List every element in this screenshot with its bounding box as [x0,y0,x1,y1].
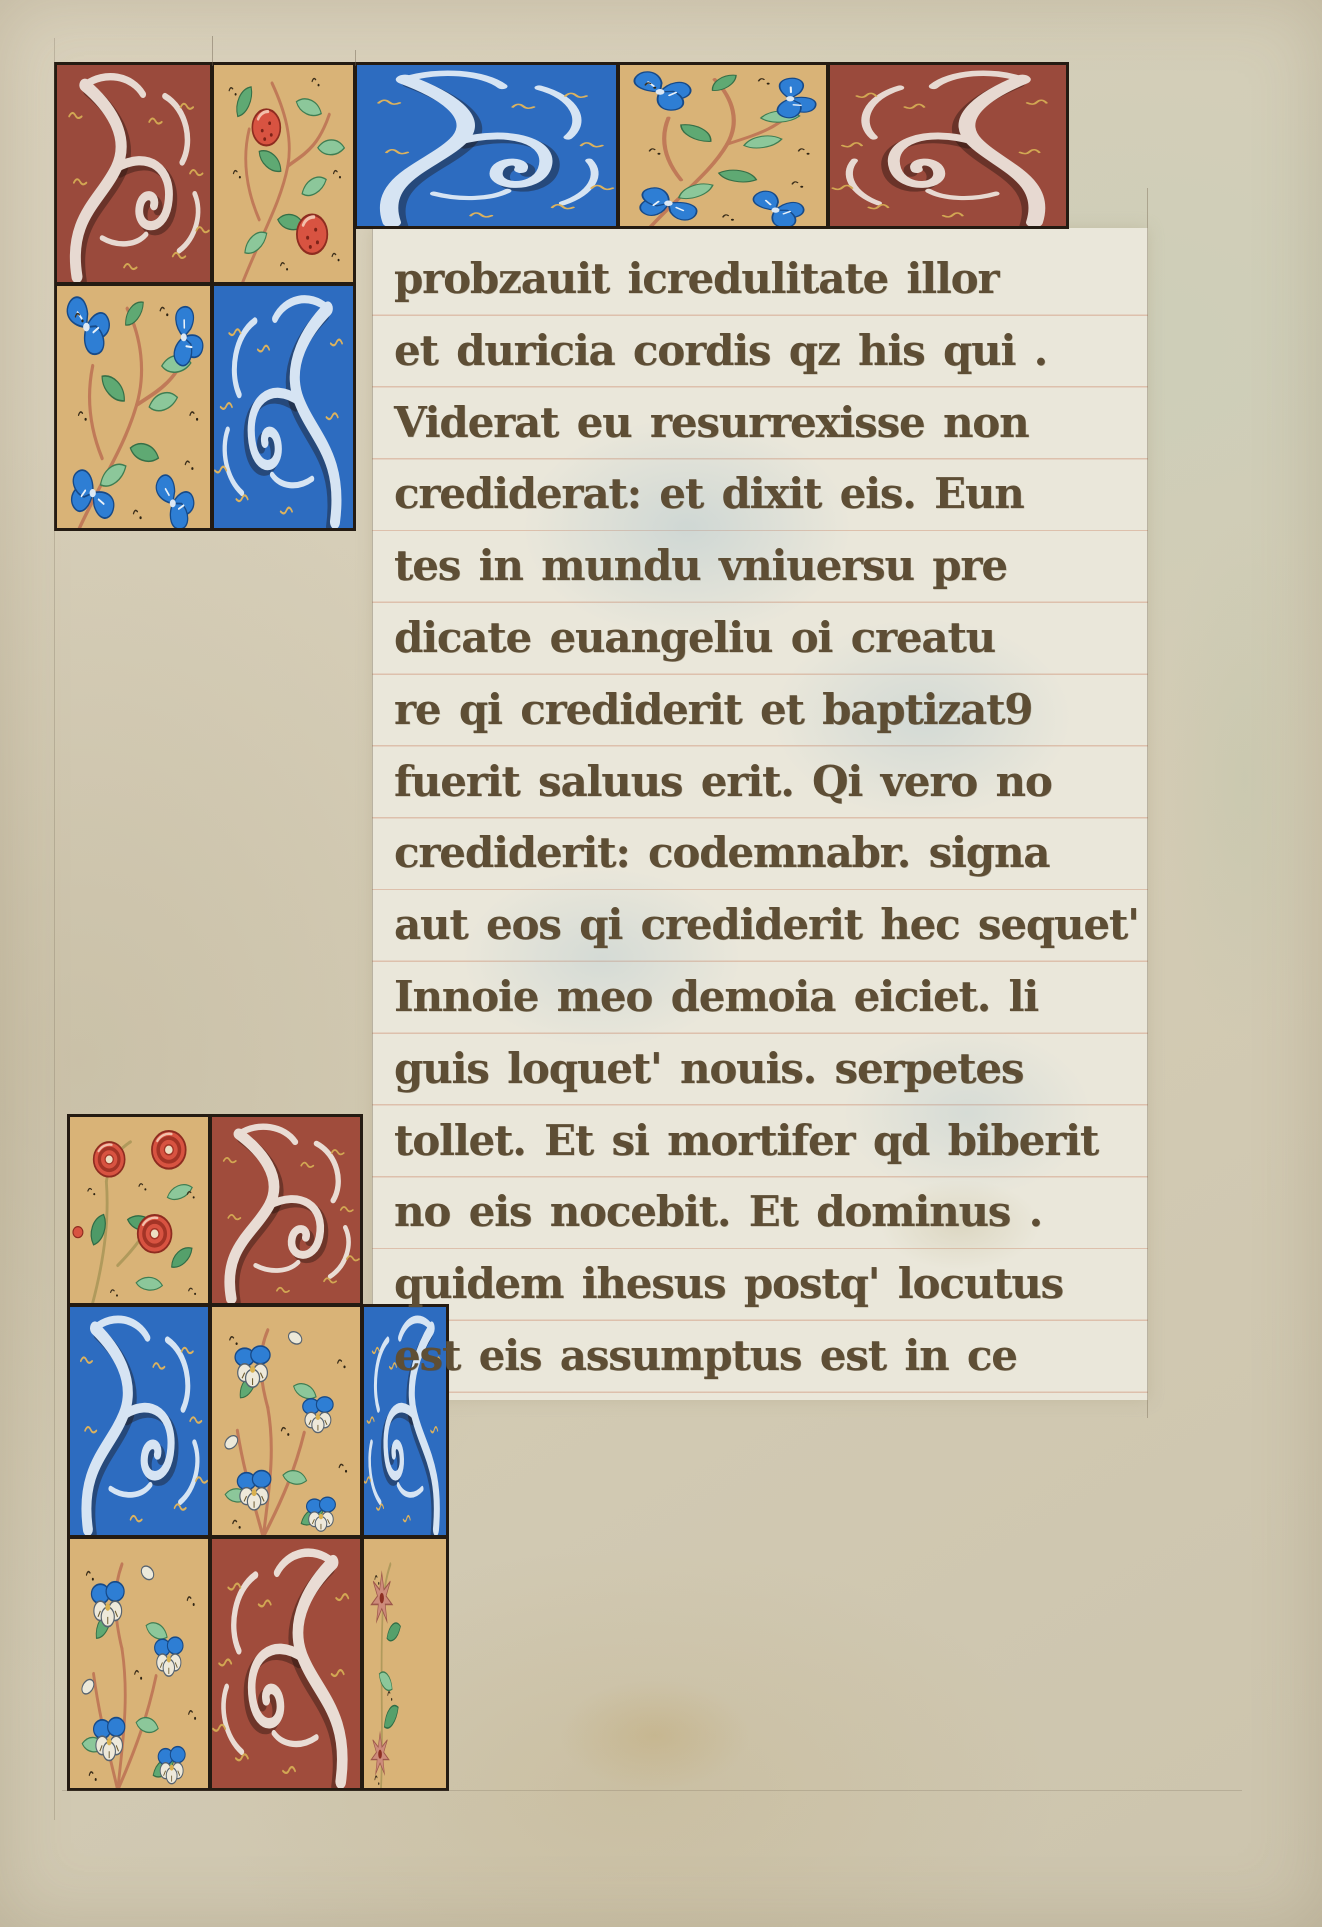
border-panel-blue-pansies [210,1305,362,1537]
ruling-line [54,38,55,1820]
text-line: crediderit: codemnabr. signa [372,816,1148,888]
border-panel-blue-pansies [68,1537,210,1790]
border-panel-acanthus-maroon [828,63,1068,228]
ruling-line [212,36,213,66]
text-line: tollet. Et si mortifer qd biberit [372,1104,1148,1176]
border-panel-blue-flowers [55,284,212,530]
text-line: quidem ihesus postq' locutus [372,1247,1148,1319]
border-panel-blue-flowers [618,63,828,228]
border-panel-acanthus-maroon [55,63,212,284]
border-panel-roses [68,1115,210,1305]
text-line: Viderat eu resurrexisse non [372,386,1148,458]
parchment-stain [560,1680,750,1790]
text-line: dicate euangeliu oi creatu [372,601,1148,673]
text-line: crediderat: et dixit eis. Eun [372,457,1148,529]
border-panel-acanthus-maroon [210,1537,362,1790]
ruling-line [62,1790,1242,1791]
parchment-stain [1160,520,1322,1040]
text-line: et duricia cordis qz his qui . [372,314,1148,386]
text-line: no eis nocebit. Et dominus . [372,1175,1148,1247]
text-line: est eis assumptus est in ce [372,1319,1148,1391]
text-block: probzauit icredulitate illor et duricia … [372,228,1148,1400]
ruling-line [355,50,356,66]
border-panel-red-berries [212,63,355,284]
border-panel-pink-flowers [362,1537,448,1790]
text-line: probzauit icredulitate illor [372,242,1148,314]
text-line: tes in mundu vniuersu pre [372,529,1148,601]
text-line: guis loquet' nouis. serpetes [372,1032,1148,1104]
border-panel-acanthus-blue [68,1305,210,1537]
text-lines: probzauit icredulitate illor et duricia … [372,228,1148,1400]
border-panel-acanthus-blue [355,63,618,228]
text-line: Innoie meo demoia eiciet. li [372,960,1148,1032]
text-line: aut eos qi crediderit hec sequet' [372,888,1148,960]
border-panel-acanthus-blue [212,284,355,530]
manuscript-page: probzauit icredulitate illor et duricia … [0,0,1322,1927]
border-panel-acanthus-maroon [210,1115,362,1305]
text-line: re qi crediderit et baptizat9 [372,673,1148,745]
text-line: fuerit saluus erit. Qi vero no [372,745,1148,817]
